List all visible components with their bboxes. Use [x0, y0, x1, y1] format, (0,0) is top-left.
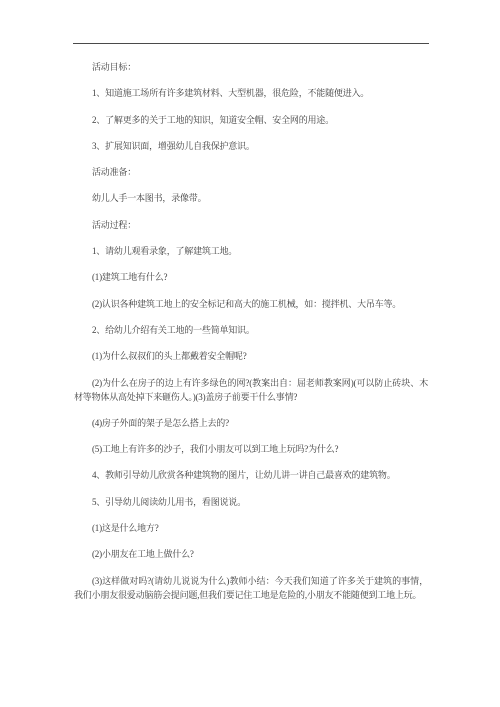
process-step-5-substep-2: (2)小朋友在工地上做什么? [74, 547, 428, 561]
section-heading-goals: 活动目标： [74, 60, 428, 74]
section-heading-process: 活动过程： [74, 218, 428, 232]
goal-item-1: 1、知道施工场所有许多建筑材料、大型机器，很危险，不能随便进入。 [74, 86, 428, 100]
section-heading-preparation: 活动准备： [74, 165, 428, 179]
process-step-2-substep-1: (1)为什么叔叔们的头上都戴着安全帽呢? [74, 349, 428, 363]
process-step-5: 5、引导幼儿阅读幼儿用书，看图说说。 [74, 495, 428, 509]
document-body: 活动目标： 1、知道施工场所有许多建筑材料、大型机器，很危险，不能随便进入。 2… [74, 60, 428, 602]
process-step-2: 2、给幼儿介绍有关工地的一些简单知识。 [74, 323, 428, 337]
process-step-4: 4、教师引导幼儿欣赏各种建筑物的图片，让幼儿讲一讲自己最喜欢的建筑物。 [74, 468, 428, 482]
document-page: 活动目标： 1、知道施工场所有许多建筑材料、大型机器，很危险，不能随便进入。 2… [0, 0, 500, 707]
process-step-1-substep-1: (1)建筑工地有什么? [74, 270, 428, 284]
goal-item-3: 3、扩展知识面，增强幼儿自我保护意识。 [74, 139, 428, 153]
process-step-5-substep-3-summary: (3)这样做对吗?(请幼儿说说为什么)教师小结：今天我们知道了许多关于建筑的事情… [74, 574, 428, 602]
preparation-text: 幼儿人手一本图书，录像带。 [74, 191, 428, 205]
process-step-1-substep-2: (2)认识各种建筑工地上的安全标记和高大的施工机械，如：搅拌机、大吊车等。 [74, 297, 428, 311]
process-step-2-substep-4: (4)房子外面的架子是怎么搭上去的? [74, 416, 428, 430]
top-divider [73, 43, 429, 44]
process-step-2-substep-2-3: (2)为什么在房子的边上有许多绿色的网?(教案出自：屈老师教案网)(可以防止砖块… [74, 376, 428, 404]
goal-item-2: 2、了解更多的关于工地的知识，知道安全帽、安全网的用途。 [74, 113, 428, 127]
process-step-2-substep-5: (5)工地上有许多的沙子，我们小朋友可以到工地上玩吗?为什么? [74, 442, 428, 456]
process-step-5-substep-1: (1)这是什么地方? [74, 521, 428, 535]
process-step-1: 1、请幼儿观看录象，了解建筑工地。 [74, 244, 428, 258]
